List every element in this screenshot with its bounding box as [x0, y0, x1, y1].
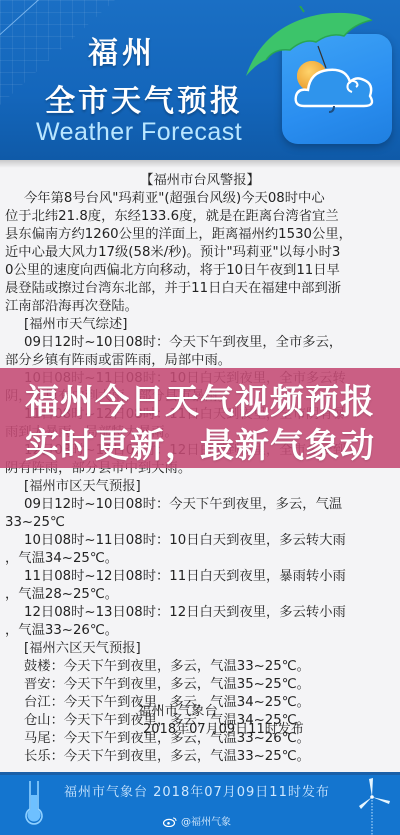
- headline-line1: 福州今日天气视频预报: [0, 374, 400, 423]
- urban-line: ，气温34~25℃。: [5, 550, 118, 568]
- summary-line: 部分乡镇有阵雨或雷阵雨，局部中雨。: [5, 352, 231, 370]
- districts-heading: [福州六区天气预报]: [24, 640, 141, 658]
- district-name: 晋安: [24, 677, 51, 692]
- district-row: 晋安：今天下午到夜里，多云，气温35~25℃。: [24, 676, 310, 694]
- district-forecast: ：今天下午到夜里，多云，气温35~25℃。: [51, 677, 310, 692]
- district-row: 长乐：今天下午到夜里，多云，气温33~25℃。: [24, 748, 310, 766]
- urban-line: 12日08时~13日08时：12日白天到夜里，多云转小雨: [24, 604, 346, 622]
- typhoon-heading: 【福州市台风警报】: [0, 172, 400, 190]
- district-forecast: ：今天下午到夜里，多云，气温33~25℃。: [51, 749, 310, 764]
- typhoon-line: 近中心最大风力17级(58米/秒)。预计"玛莉亚"以每小时3: [5, 244, 340, 262]
- urban-line: 09日12时~10日08时：今天下午到夜里，多云，气温: [24, 496, 342, 514]
- umbrella-icon: [244, 6, 374, 86]
- urban-line: ，气温28~25℃。: [5, 586, 118, 604]
- district-name: 长乐: [24, 749, 51, 764]
- wind-turbine-icon: [356, 775, 396, 835]
- typhoon-line: 江南部沿海再次登陆。: [5, 298, 138, 316]
- urban-line: 33~25℃: [5, 514, 65, 532]
- weibo-handle: @福州气象: [181, 817, 231, 828]
- district-row: 鼓楼：今天下午到夜里，多云，气温33~25℃。: [24, 658, 310, 676]
- typhoon-line: 今年第8号台风"玛莉亚"(超强台风级)今天08时中心: [24, 190, 325, 208]
- district-name: 台江: [24, 695, 51, 710]
- typhoon-line: 县东偏南方约1260公里的洋面上，距离福州约1530公里，: [5, 226, 352, 244]
- summary-heading: [福州市天气综述]: [24, 316, 127, 334]
- issued-time: 2018年07月09日11时发布: [143, 718, 304, 737]
- footer-publisher: 福州市气象台 2018年07月09日11时发布: [64, 781, 330, 800]
- typhoon-line: 晨登陆或擦过台湾东北部，并于11日白天在福建中部到浙: [5, 280, 341, 298]
- banner-shadow: [0, 160, 400, 168]
- typhoon-line: 0公里的速度向西偏北方向移动，将于10日午夜到11日早: [5, 262, 340, 280]
- district-name: 鼓楼: [24, 659, 51, 674]
- banner-city-title: 福州: [88, 28, 156, 72]
- headline-overlay: 福州今日天气视频预报 实时更新，最新气象动: [0, 368, 400, 468]
- district-forecast: ：今天下午到夜里，多云，气温33~25℃。: [51, 659, 310, 674]
- urban-heading: [福州市区天气预报]: [24, 478, 141, 496]
- thermometer-icon: [24, 777, 44, 827]
- district-name: 仓山: [24, 713, 51, 728]
- banner-main-title: 全市天气预报: [45, 76, 243, 120]
- banner-subtitle: Weather Forecast: [36, 118, 242, 147]
- urban-line: 10日08时~11日08时：10日白天到夜里，多云转大雨: [24, 532, 346, 550]
- urban-line: 11日08时~12日08时：11日白天到夜里，暴雨转小雨: [24, 568, 346, 586]
- district-name: 马尾: [24, 731, 51, 746]
- header-banner: 福州 全市天气预报 Weather Forecast: [0, 0, 400, 160]
- weibo-icon: [163, 817, 177, 827]
- signature: 福州市气象台: [138, 700, 218, 719]
- headline-line2: 实时更新，最新气象动: [0, 418, 400, 467]
- summary-line: 09日12时~10日08时：今天下午到夜里，全市多云，: [24, 334, 342, 352]
- typhoon-line: 位于北纬21.8度，东经133.6度，就是在距离台湾省宜兰: [5, 208, 339, 226]
- footer-bar: 福州市气象台 2018年07月09日11时发布 @福州气象: [0, 772, 400, 835]
- weibo-account[interactable]: @福州气象: [163, 813, 231, 828]
- urban-line: ，气温33~26℃。: [5, 622, 118, 640]
